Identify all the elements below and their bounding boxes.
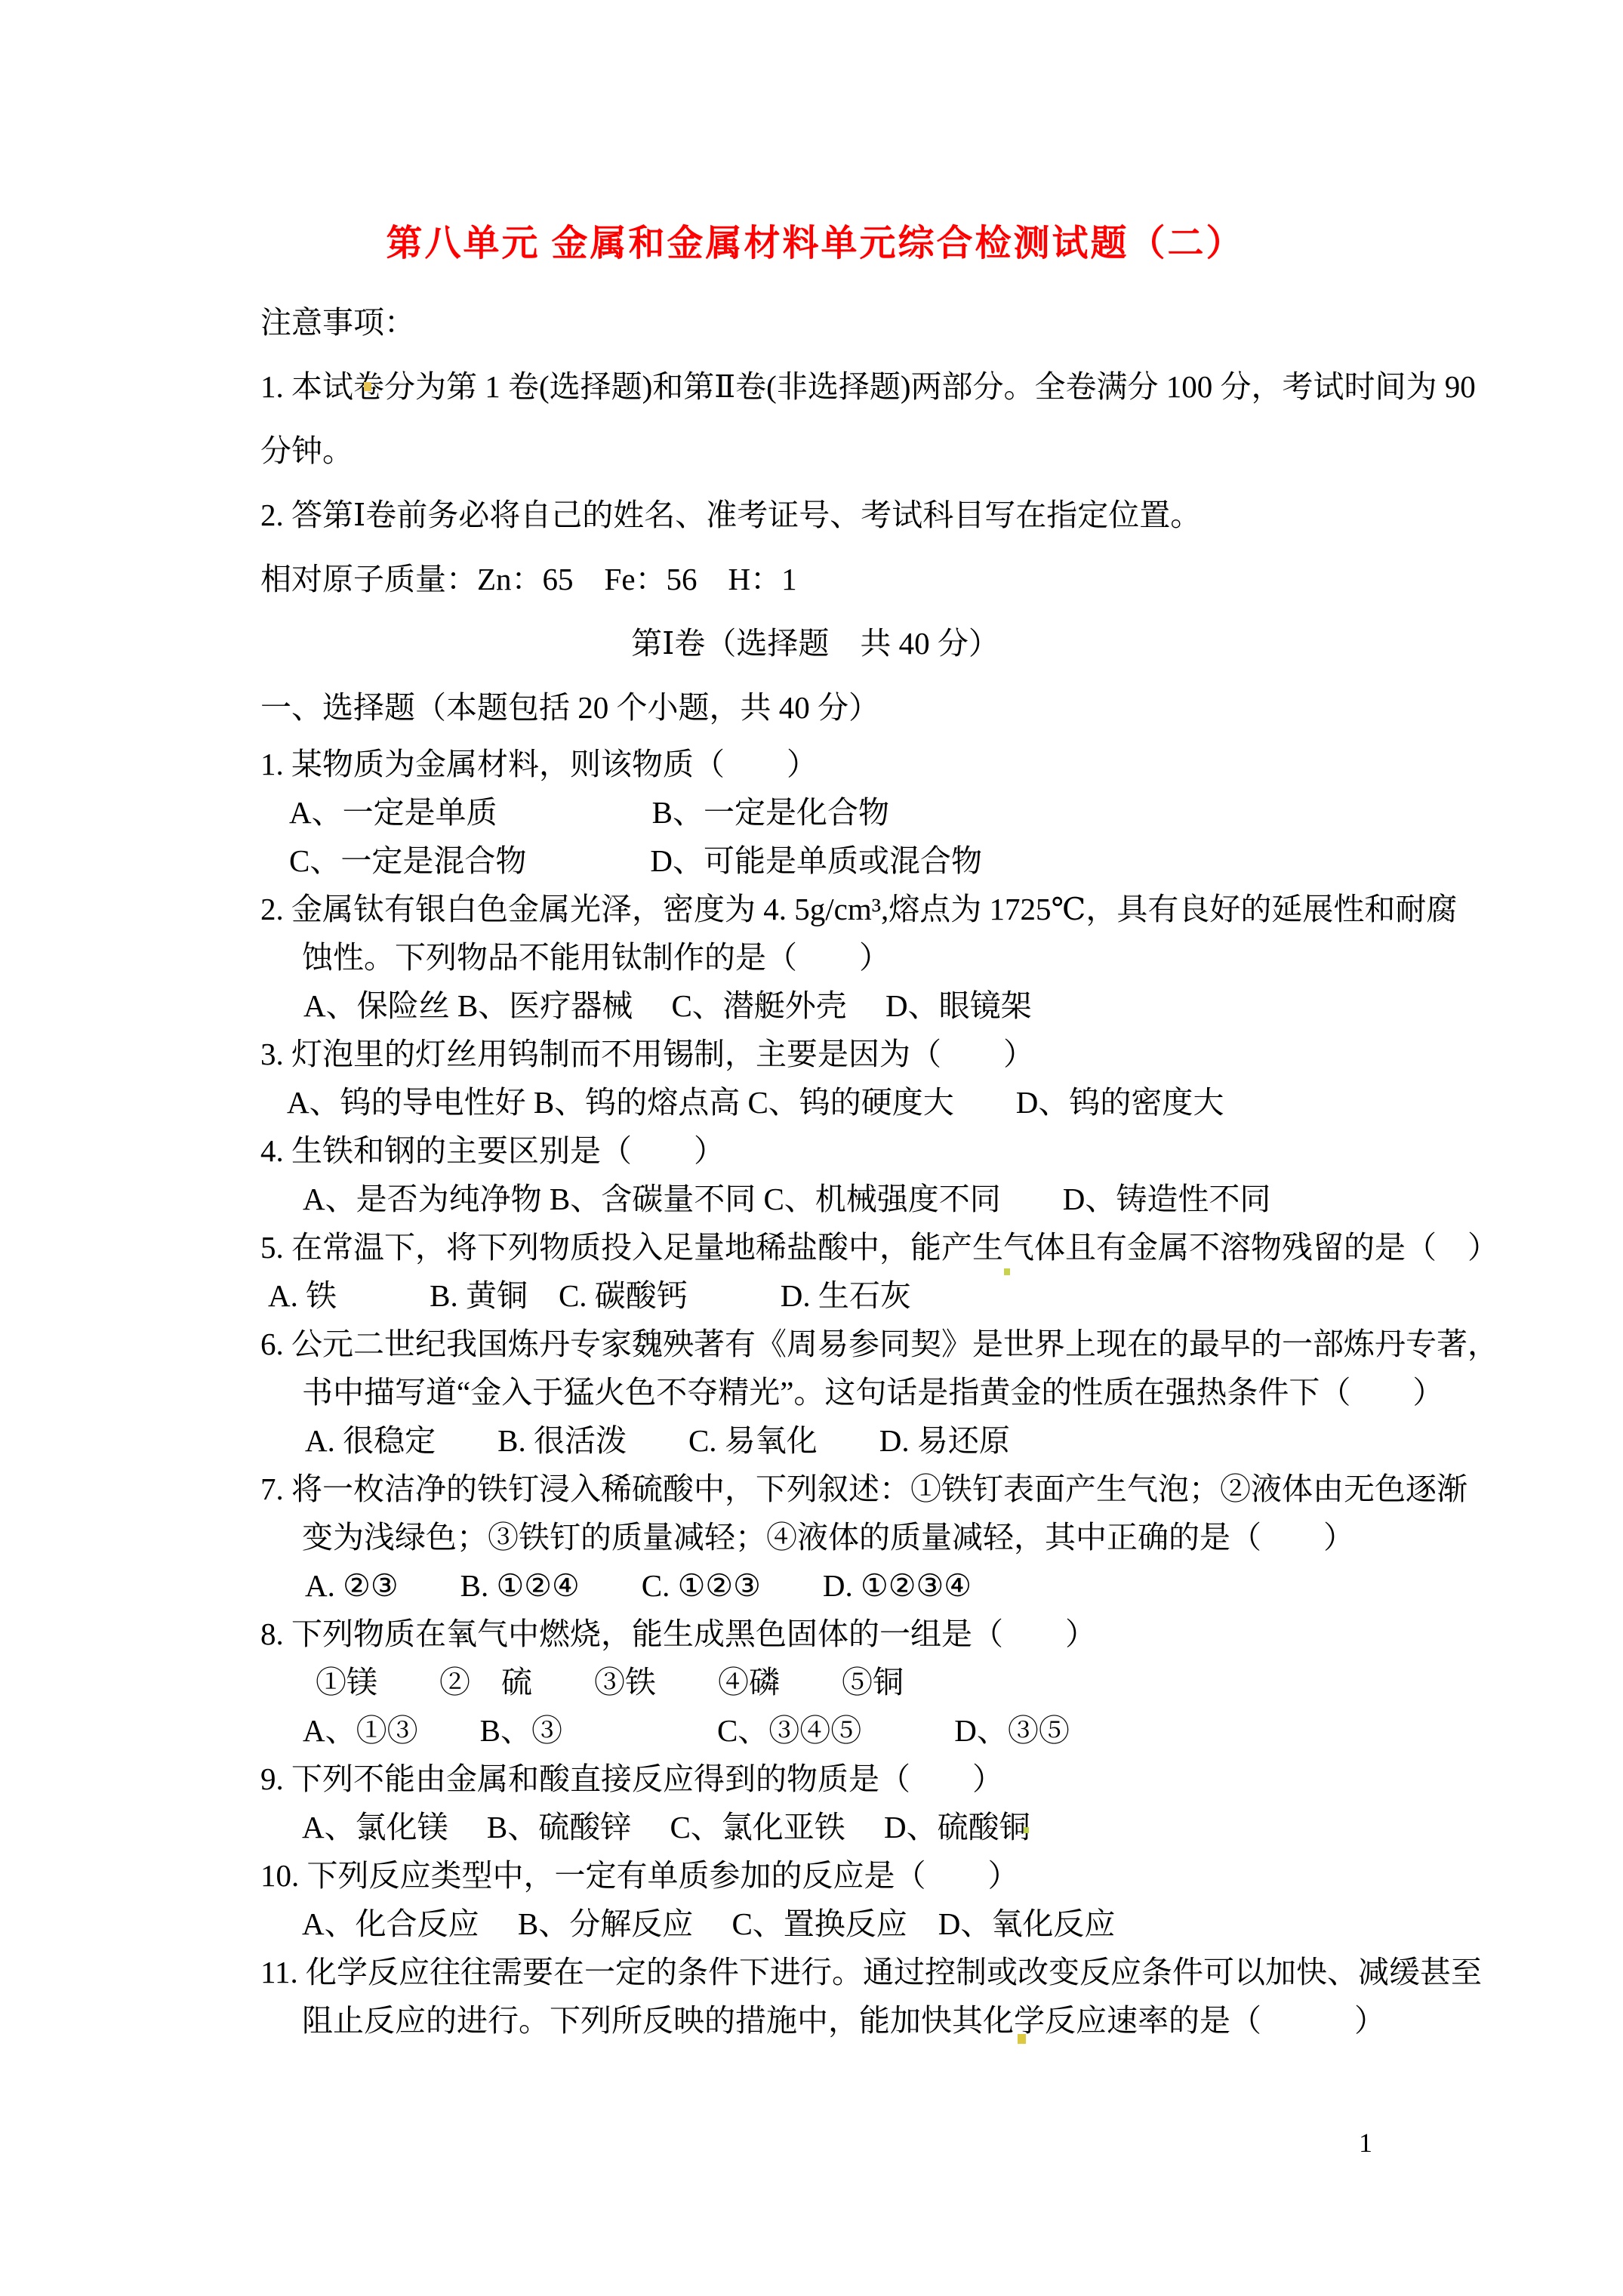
notice-heading: 注意事项： [260,291,1370,355]
question-6-line: 书中描写道“金入于猛火色不夺精光”。这句话是指黄金的性质在强热条件下（ ） [260,1368,1370,1416]
question-3-line: 3. 灯泡里的灯丝用钨制而不用锡制，主要是因为（ ） [260,1030,1370,1078]
question-6-line: A. 很稳定 B. 很活泼 C. 易氧化 D. 易还原 [260,1416,1370,1465]
question-9-line: 9. 下列不能由金属和酸直接反应得到的物质是（ ） [260,1755,1370,1803]
question-8-line: ①镁 ② 硫 ③铁 ④磷 ⑤铜 [260,1658,1370,1706]
notice-lines: 1. 本试卷分为第 1 卷(选择题)和第Ⅱ卷(非选择题)两部分。全卷满分 100… [260,355,1370,547]
question-3-line: A、钨的导电性好 B、钨的熔点高 C、钨的硬度大 D、钨的密度大 [260,1078,1370,1126]
scan-artifact [1024,1827,1029,1833]
atomic-mass-line: 相对原子质量：Zn：65 Fe：56 H：1 [260,547,1370,612]
question-lines: 1. 某物质为金属材料，则该物质（ ）A、一定是单质 B、一定是化合物C、一定是… [260,740,1370,2045]
question-2-line: A、保险丝 B、医疗器械 C、潜艇外壳 D、眼镜架 [260,982,1370,1030]
notice-line: 分钟。 [260,419,1370,483]
question-9-line: A、氯化镁 B、硫酸锌 C、氯化亚铁 D、硫酸铜 [260,1803,1370,1851]
document-body: 第八单元 金属和金属材料单元综合检测试题（二） 注意事项： 1. 本试卷分为第 … [260,189,1370,2045]
question-7-line: 变为浅绿色；③铁钉的质量减轻；④液体的质量减轻，其中正确的是（ ） [260,1513,1370,1561]
notice-line: 2. 答第Ⅰ卷前务必将自己的姓名、准考证号、考试科目写在指定位置。 [260,483,1370,547]
question-1-line: C、一定是混合物 D、可能是单质或混合物 [260,837,1370,885]
question-11-line: 11. 化学反应往往需要在一定的条件下进行。通过控制或改变反应条件可以加快、减缓… [260,1948,1370,1996]
question-7-line: 7. 将一枚洁净的铁钉浸入稀硫酸中，下列叙述：①铁钉表面产生气泡；②液体由无色逐… [260,1465,1370,1513]
section-header: 一、选择题（本题包括 20 个小题，共 40 分） [260,676,1370,740]
scan-artifact [1018,2034,1026,2044]
question-8-line: A、①③ B、③ C、③④⑤ D、③⑤ [260,1706,1370,1755]
question-1-line: 1. 某物质为金属材料，则该物质（ ） [260,740,1370,788]
question-5-line: A. 铁 B. 黄铜 C. 碳酸钙 D. 生石灰 [260,1271,1370,1320]
document-title: 第八单元 金属和金属材料单元综合检测试题（二） [260,189,1370,291]
question-2-line: 2. 金属钛有银白色金属光泽，密度为 4. 5g/cm³,熔点为 1725℃，具… [260,885,1370,933]
question-7-line: A. ②③ B. ①②④ C. ①②③ D. ①②③④ [260,1561,1370,1610]
notice-line: 1. 本试卷分为第 1 卷(选择题)和第Ⅱ卷(非选择题)两部分。全卷满分 100… [260,355,1370,419]
question-1-line: A、一定是单质 B、一定是化合物 [260,788,1370,837]
question-8-line: 8. 下列物质在氧气中燃烧，能生成黑色固体的一组是（ ） [260,1610,1370,1658]
question-6-line: 6. 公元二世纪我国炼丹专家魏殃著有《周易参同契》是世界上现在的最早的一部炼丹专… [260,1320,1370,1368]
question-4-line: 4. 生铁和钢的主要区别是（ ） [260,1126,1370,1175]
page-number: 1 [1359,2128,1372,2158]
document-page: 第八单元 金属和金属材料单元综合检测试题（二） 注意事项： 1. 本试卷分为第 … [0,0,1623,2296]
question-2-line: 蚀性。下列物品不能用钛制作的是（ ） [260,933,1370,982]
scan-artifact [1004,1268,1010,1275]
question-4-line: A、是否为纯净物 B、含碳量不同 C、机械强度不同 D、铸造性不同 [260,1175,1370,1223]
question-5-line: 5. 在常温下，将下列物质投入足量地稀盐酸中，能产生气体且有金属不溶物残留的是（… [260,1223,1370,1271]
part1-header: 第Ⅰ卷（选择题 共 40 分） [260,612,1370,676]
question-10-line: 10. 下列反应类型中，一定有单质参加的反应是（ ） [260,1851,1370,1900]
question-10-line: A、化合反应 B、分解反应 C、置换反应 D、氧化反应 [260,1900,1370,1948]
question-11-line: 阻止反应的进行。下列所反映的措施中，能加快其化学反应速率的是（ ） [260,1996,1370,2045]
scan-artifact [364,382,371,391]
